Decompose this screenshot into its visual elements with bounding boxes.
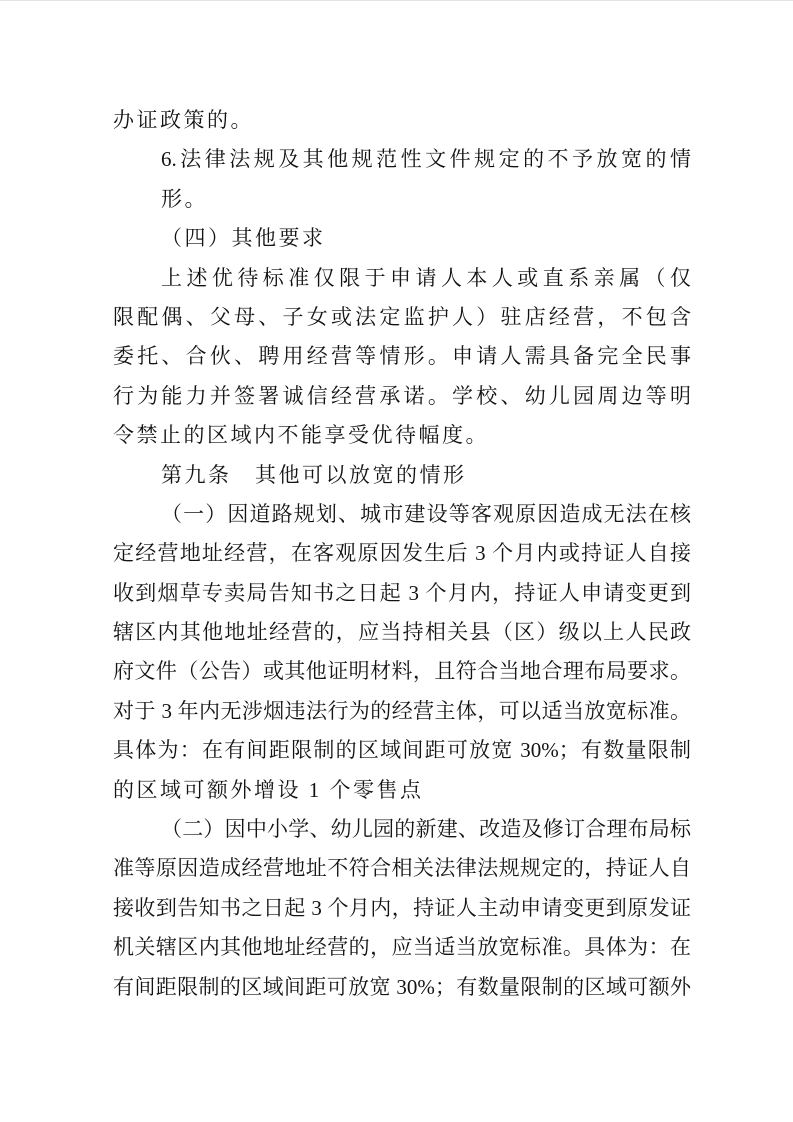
text-line: 令禁止的区域内不能享受优待幅度。 xyxy=(113,416,691,455)
text-line: 委托、合伙、聘用经营等情形。申请人需具备完全民事 xyxy=(113,337,691,376)
text-line: 上述优待标准仅限于申请人本人或直系亲属（仅 xyxy=(113,259,691,298)
text-line: 收到烟草专卖局告知书之日起 3 个月内，持证人申请变更到 xyxy=(113,574,691,613)
document-page: 办证政策的。6.法律法规及其他规范性文件规定的不予放宽的情形。（四）其他要求上述… xyxy=(0,0,793,1122)
text-line: 准等原因造成经营地址不符合相关法律法规规定的，持证人自 xyxy=(113,849,691,888)
text-line: （二）因中小学、幼儿园的新建、改造及修订合理布局标 xyxy=(113,810,691,849)
text-line: （一）因道路规划、城市建设等客观原因造成无法在核 xyxy=(113,495,691,534)
text-line: 辖区内其他地址经营的，应当持相关县（区）级以上人民政 xyxy=(113,613,691,652)
text-line: 的区域可额外增设 1 个零售点 xyxy=(113,771,691,810)
text-line: 府文件（公告）或其他证明材料，且符合当地合理布局要求。 xyxy=(113,652,691,691)
document-body: 办证政策的。6.法律法规及其他规范性文件规定的不予放宽的情形。（四）其他要求上述… xyxy=(113,101,691,1007)
text-line: （四）其他要求 xyxy=(113,219,691,258)
text-line: 具体为：在有间距限制的区域间距可放宽 30%；有数量限制 xyxy=(113,731,691,770)
text-line: 接收到告知书之日起 3 个月内，持证人主动申请变更到原发证 xyxy=(113,889,691,928)
text-line: 对于 3 年内无涉烟违法行为的经营主体，可以适当放宽标准。 xyxy=(113,692,691,731)
text-line: 行为能力并签署诚信经营承诺。学校、幼儿园周边等明 xyxy=(113,377,691,416)
text-line: 限配偶、父母、子女或法定监护人）驻店经营，不包含 xyxy=(113,298,691,337)
text-line: 办证政策的。 xyxy=(113,101,691,140)
text-line: 机关辖区内其他地址经营的，应当适当放宽标准。具体为：在 xyxy=(113,928,691,967)
text-line: 有间距限制的区域间距可放宽 30%；有数量限制的区域可额外 xyxy=(113,968,691,1007)
text-line: 第九条 其他可以放宽的情形 xyxy=(113,456,691,495)
text-line: 形。 xyxy=(113,180,691,219)
text-line: 6.法律法规及其他规范性文件规定的不予放宽的情 xyxy=(113,140,691,179)
text-line: 定经营地址经营，在客观原因发生后 3 个月内或持证人自接 xyxy=(113,534,691,573)
